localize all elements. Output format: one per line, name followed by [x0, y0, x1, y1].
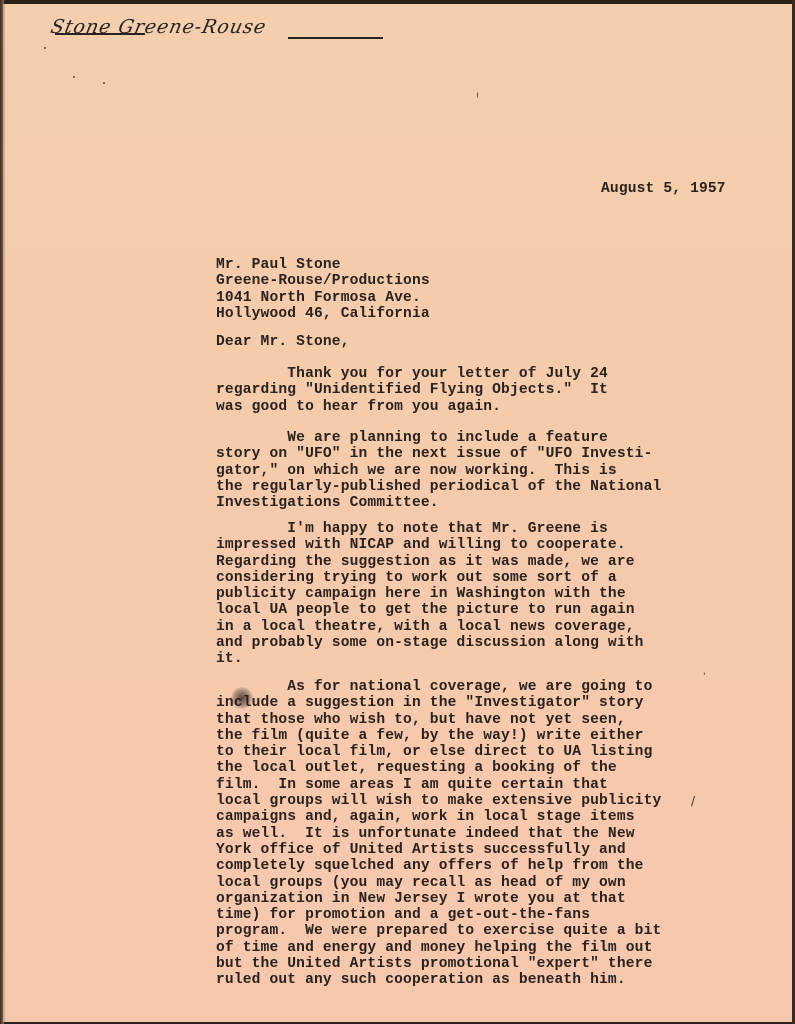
recipient-address: Mr. Paul Stone Greene-Rouse/Productions … — [216, 257, 430, 322]
recipient-company: Greene-Rouse/Productions — [216, 273, 430, 289]
letter-date: August 5, 1957 — [601, 181, 726, 197]
paper-speck — [103, 82, 105, 84]
recipient-street: 1041 North Formosa Ave. — [216, 290, 421, 306]
paragraph-2: We are planning to include a feature sto… — [216, 430, 661, 511]
paragraph-3: I'm happy to note that Mr. Greene is imp… — [216, 521, 644, 668]
paper-speck — [44, 47, 46, 49]
paragraph-4: As for national coverage, we are going t… — [216, 679, 661, 989]
handwritten-strikethrough — [55, 33, 145, 35]
margin-tick-mark: / — [691, 794, 695, 808]
ink-smudge — [231, 687, 253, 709]
paragraph-1: Thank you for your letter of July 24 reg… — [216, 366, 608, 415]
paper-speck — [477, 92, 478, 98]
salutation: Dear Mr. Stone, — [216, 334, 350, 350]
handwritten-underline — [288, 37, 383, 39]
margin-tick-mark: ' — [703, 672, 705, 682]
letter-page: Stone Greene-Rouse August 5, 1957 Mr. Pa… — [3, 4, 792, 1022]
recipient-city: Hollywood 46, California — [216, 306, 430, 322]
paper-speck — [73, 76, 75, 78]
recipient-name: Mr. Paul Stone — [216, 257, 341, 273]
bleed-through-text — [223, 144, 723, 364]
